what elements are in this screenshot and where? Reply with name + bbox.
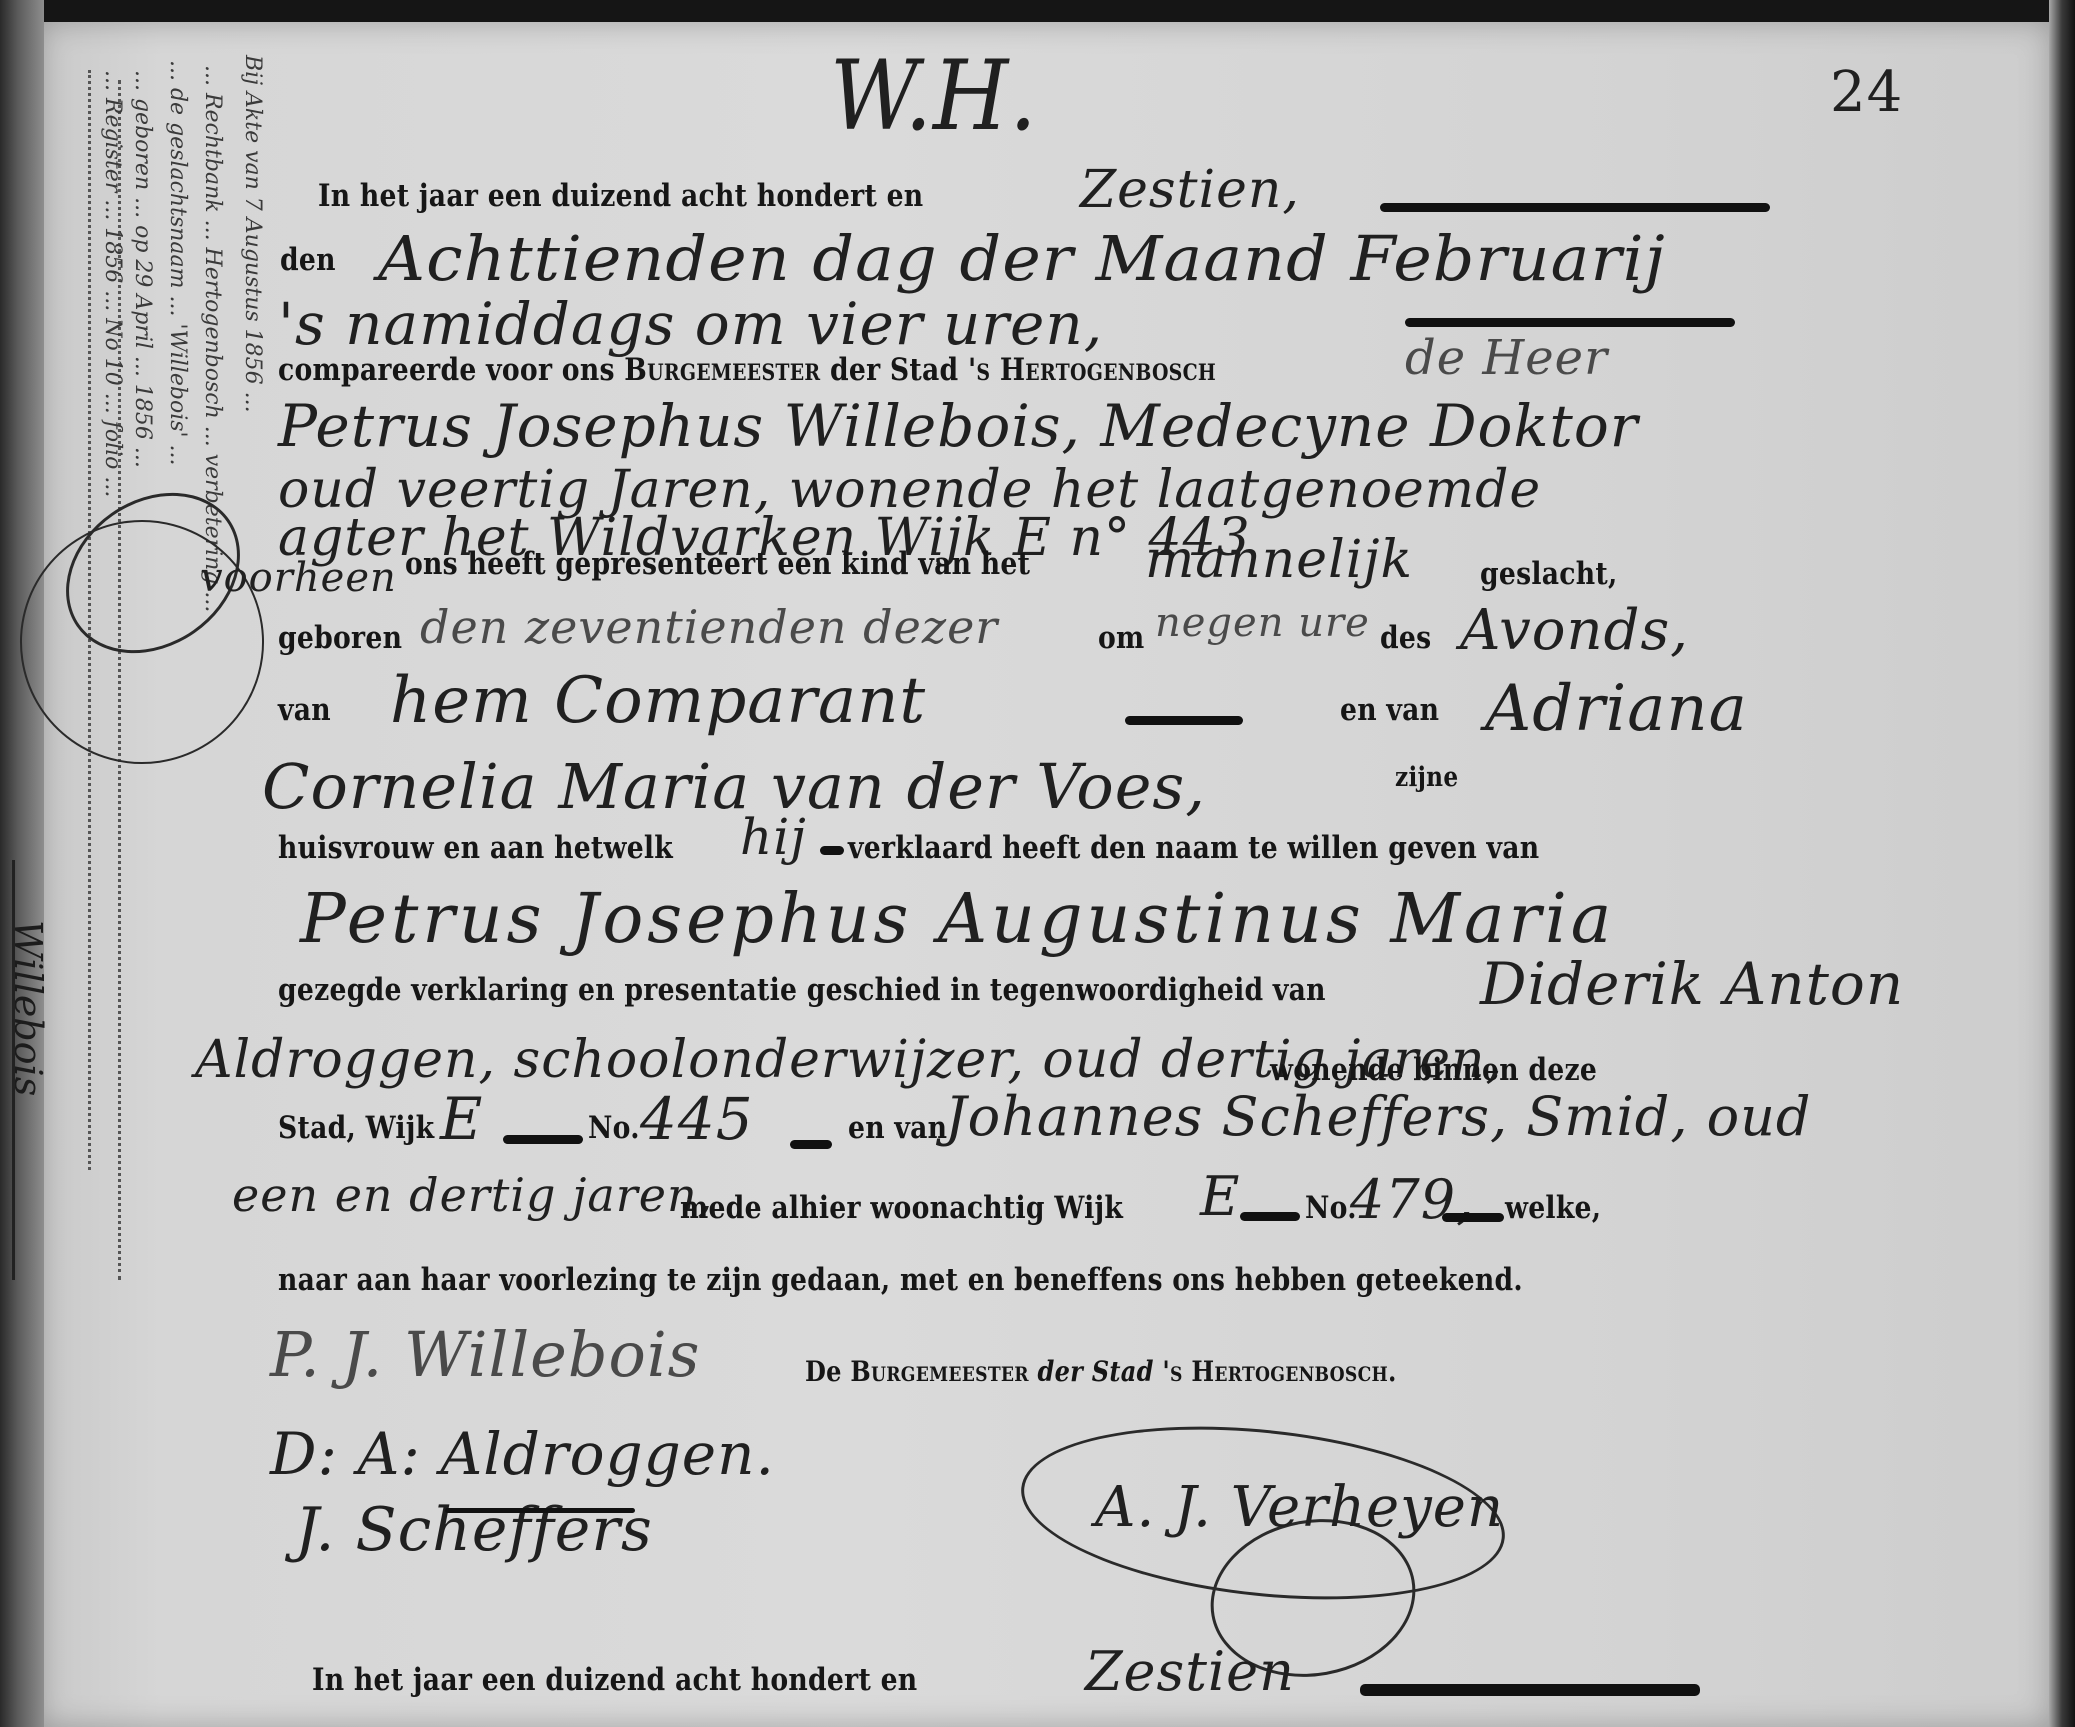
- printed-no-2: No.: [1305, 1190, 1357, 1226]
- handwritten-occupation-prefix: de Heer: [1405, 330, 1608, 386]
- handwritten-birth-part: Avonds,: [1460, 598, 1689, 663]
- printed-gezegde: gezegde verklaring en presentatie geschi…: [278, 972, 1326, 1008]
- printed-wonende: wonende binnen deze: [1270, 1052, 1597, 1088]
- handwritten-next-year: Zestien: [1085, 1640, 1295, 1703]
- printed-zijne: zijne: [1395, 762, 1458, 793]
- handwritten-witness2-name: Johannes Scheffers, Smid, oud: [945, 1085, 1812, 1148]
- printed-burgemeester-2: Burgemeester: [850, 1355, 1028, 1388]
- handwritten-witness2-age: een en dertig jaren,: [232, 1168, 713, 1222]
- printed-burgemeester: Burgemeester: [624, 352, 820, 388]
- printed-des: des: [1380, 620, 1431, 656]
- handwritten-mother-rest: Cornelia Maria van der Voes,: [262, 750, 1206, 823]
- printed-mayor-title: De Burgemeester der Stad 's Hertogenbosc…: [805, 1355, 1397, 1388]
- strikeout-line: [820, 846, 844, 855]
- handwritten-time: 's namiddags om vier uren,: [278, 290, 1103, 358]
- handwritten-pronoun: hij: [740, 808, 807, 866]
- signature-mayor: A. J. Verheyen: [1095, 1475, 1504, 1540]
- signature-witness2: J. Scheffers: [295, 1495, 653, 1565]
- printed-next-record: In het jaar een duizend acht hondert en: [312, 1662, 917, 1698]
- printed-stad: Stad: [1092, 1355, 1154, 1388]
- printed-no: No.: [588, 1110, 640, 1146]
- strikeout-line: [1360, 1684, 1700, 1696]
- handwritten-margin-insert: voorheen: [200, 555, 397, 601]
- margin-note-line: ... de geslachtsnaam ... 'Willebois' ...: [165, 60, 190, 466]
- margin-underline: [12, 860, 15, 1280]
- printed-mede-alhier: mede alhier woonachtig Wijk: [680, 1190, 1123, 1226]
- header-mark: W.H.: [830, 40, 1038, 152]
- strikeout-line: [445, 1508, 635, 1513]
- scan-top-border: [0, 0, 2075, 22]
- margin-note-line: ... Register ... 1856 ... No 10 ... foli…: [100, 70, 125, 497]
- scan-binding-shadow: [0, 0, 44, 1727]
- handwritten-birth-date: den zeventienden dezer: [420, 600, 998, 654]
- printed-compareerde-text: compareerde voor ons: [278, 352, 624, 388]
- handwritten-witness1-wijk: E: [440, 1085, 483, 1153]
- handwritten-day-month: Achttienden dag der Maand Februarij: [378, 222, 1666, 295]
- handwritten-father-ref: hem Comparant: [390, 664, 926, 738]
- margin-note-line: Bij Akte van 7 Augustus 1856 ...: [240, 55, 265, 413]
- printed-huisvrouw: huisvrouw en aan hetwelk: [278, 830, 673, 866]
- handwritten-sex: mannelijk: [1145, 530, 1413, 590]
- handwritten-witness1-first: Diderik Anton: [1480, 950, 1904, 1018]
- printed-den: den: [280, 242, 336, 278]
- printed-compareerde: compareerde voor ons Burgemeester der St…: [278, 352, 1216, 388]
- strikeout-line: [1405, 318, 1735, 327]
- strikeout-line: [790, 1140, 832, 1149]
- printed-om: om: [1098, 620, 1145, 656]
- handwritten-child-name: Petrus Josephus Augustinus Maria: [300, 880, 1615, 959]
- printed-en-van-2: en van: [848, 1110, 947, 1146]
- printed-van: van: [278, 692, 331, 728]
- printed-gepresenteert: ons heeft gepresenteert een kind van het: [405, 546, 1030, 582]
- handwritten-mother-first: Adriana: [1485, 672, 1748, 746]
- printed-en-van: en van: [1340, 692, 1439, 728]
- strikeout-line: [1442, 1213, 1504, 1222]
- scan-right-border: [2049, 0, 2075, 1727]
- printed-geslacht: geslacht,: [1480, 556, 1618, 592]
- handwritten-father-name: Petrus Josephus Willebois, Medecyne Dokt…: [278, 392, 1638, 460]
- margin-note-line: ... geboren ... op 29 April ... 1856 ...: [130, 70, 155, 468]
- printed-stad-wijk: Stad, Wijk: [278, 1110, 434, 1146]
- page-number: 24: [1830, 60, 1903, 125]
- printed-der: der: [1037, 1355, 1083, 1388]
- handwritten-witness1-no: 445: [640, 1085, 754, 1153]
- printed-welke: welke,: [1505, 1190, 1601, 1226]
- strikeout-line: [1240, 1212, 1300, 1221]
- signature-father: P. J. Willebois: [270, 1318, 701, 1391]
- printed-de: De: [805, 1355, 842, 1388]
- printed-geboren: geboren: [278, 620, 402, 656]
- strikeout-line: [1125, 716, 1243, 725]
- printed-der-stad: der Stad: [820, 352, 968, 388]
- strikeout-line: [1380, 203, 1770, 212]
- printed-closing: naar aan haar voorlezing te zijn gedaan,…: [278, 1262, 1523, 1298]
- strikeout-line: [503, 1135, 583, 1144]
- signature-witness1: D: A: Aldroggen.: [270, 1420, 775, 1488]
- printed-city-2: 's Hertogenbosch.: [1162, 1355, 1396, 1388]
- printed-verklaard: verklaard heeft den naam te willen geven…: [848, 830, 1539, 866]
- printed-year-prefix: In het jaar een duizend acht hondert en: [318, 178, 923, 214]
- handwritten-year: Zestien,: [1080, 160, 1300, 220]
- printed-city: 's Hertogenbosch: [968, 352, 1216, 388]
- handwritten-witness2-wijk: E: [1200, 1165, 1240, 1228]
- handwritten-birth-hour: negen ure: [1155, 600, 1370, 646]
